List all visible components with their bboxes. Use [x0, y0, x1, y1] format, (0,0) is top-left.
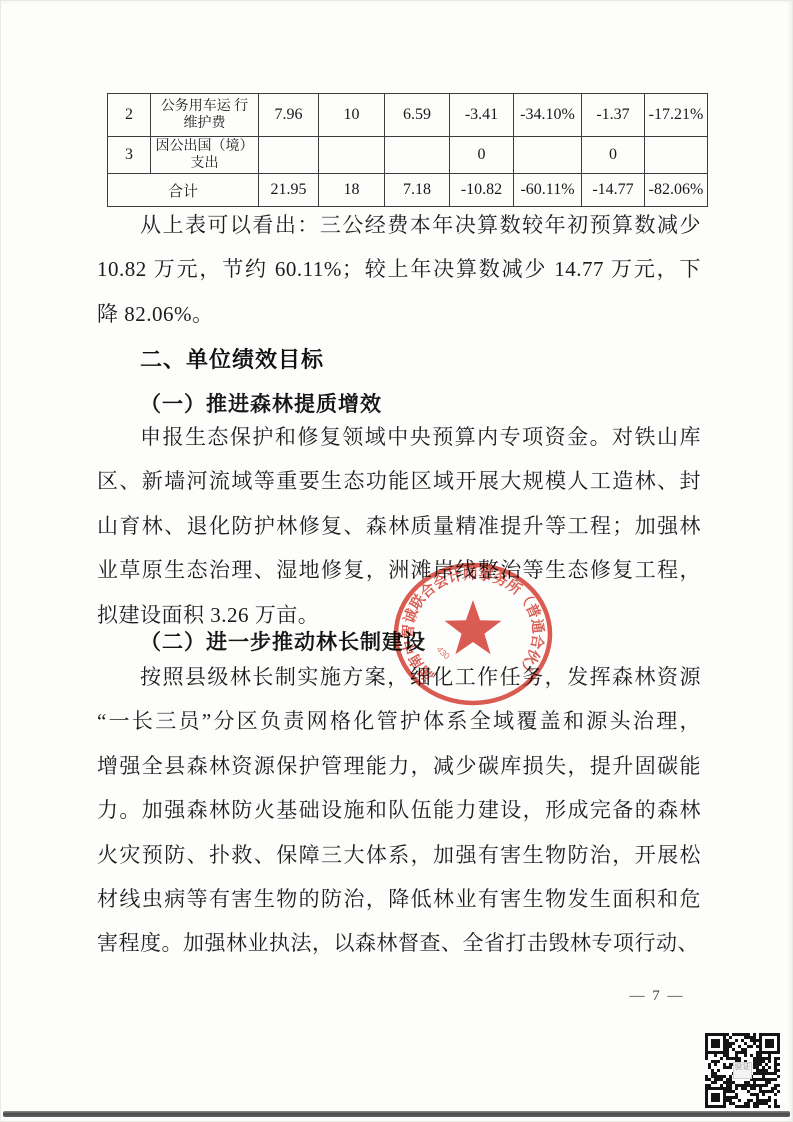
row-index: 2 — [108, 94, 151, 137]
table-cell: -60.11% — [514, 174, 582, 207]
table-cell — [514, 137, 582, 174]
table-cell — [319, 137, 385, 174]
table-cell: 6.59 — [385, 94, 450, 137]
text-line: 申报生态保护和修复领域中央预算内专项资金。对铁山库 — [97, 415, 701, 459]
table-cell: 0 — [450, 137, 514, 174]
expense-name-line1: 公务用车运 行 — [161, 99, 249, 114]
table-cell: -3.41 — [450, 94, 514, 137]
table-cell: -1.37 — [582, 94, 645, 137]
text-line: 业草原生态治理、湿地修复，洲滩岸线整治等生态修复工程， — [97, 548, 701, 592]
table-cell: -14.77 — [582, 174, 645, 207]
scan-edge-line — [3, 1111, 790, 1117]
expense-name-line2: 支出 — [191, 156, 219, 171]
text-line: 区、新墙河流域等重要生态功能区域开展大规模人工造林、封 — [97, 459, 701, 503]
table-cell: 21.95 — [259, 174, 319, 207]
text-line: 材线虫病等有害生物的防治，降低林业有害生物发生面积和危 — [97, 877, 701, 921]
qr-code: 验证 — [705, 1033, 780, 1108]
table-cell: 18 — [319, 174, 385, 207]
text-line: 山育林、退化防护林修复、森林质量精准提升等工程；加强林 — [97, 504, 701, 548]
table-row: 2 公务用车运 行 维护费 7.96 10 6.59 -3.41 -34.10%… — [108, 94, 708, 137]
text-line: 增强全县森林资源保护管理能力，减少碳库损失，提升固碳能 — [97, 744, 701, 788]
section-heading: 二、单位绩效目标 — [140, 343, 324, 374]
linzhang-paragraph: 按照县级林长制实施方案，细化工作任务，发挥森林资源 “一长三员”分区负责网格化管… — [97, 655, 701, 966]
table-cell — [259, 137, 319, 174]
table-cell: 0 — [582, 137, 645, 174]
total-label: 合计 — [108, 174, 259, 207]
text-line: 按照县级林长制实施方案，细化工作任务，发挥森林资源 — [97, 655, 701, 699]
table-cell: -10.82 — [450, 174, 514, 207]
qr-center-badge: 验证 — [733, 1062, 752, 1079]
table-cell: 10 — [319, 94, 385, 137]
text-line: “一长三员”分区负责网格化管护体系全域覆盖和源头治理， — [97, 699, 701, 743]
text-line: 力。加强森林防火基础设施和队伍能力建设，形成完备的森林 — [97, 788, 701, 832]
subsection-heading-1: （一）推进森林提质增效 — [140, 388, 382, 418]
expense-name: 因公出国（境） 支出 — [151, 137, 259, 174]
text-line: 10.82 万元，节约 60.11%；较上年决算数减少 14.77 万元，下 — [97, 247, 701, 291]
table-cell: -82.06% — [645, 174, 708, 207]
subsection-heading-2: （二）进一步推动林长制建设 — [140, 626, 426, 656]
text-line: 从上表可以看出：三公经费本年决算数较年初预算数减少 — [97, 203, 701, 247]
table-row: 3 因公出国（境） 支出 0 0 — [108, 137, 708, 174]
row-index: 3 — [108, 137, 151, 174]
expense-name-line2: 维护费 — [184, 116, 226, 131]
document-page: 2 公务用车运 行 维护费 7.96 10 6.59 -3.41 -34.10%… — [0, 0, 793, 1122]
expense-name-line1: 因公出国（境） — [156, 139, 254, 154]
three-public-expense-table: 2 公务用车运 行 维护费 7.96 10 6.59 -3.41 -34.10%… — [107, 93, 708, 207]
forest-paragraph: 申报生态保护和修复领域中央预算内专项资金。对铁山库 区、新墙河流域等重要生态功能… — [97, 415, 701, 637]
summary-paragraph: 从上表可以看出：三公经费本年决算数较年初预算数减少 10.82 万元，节约 60… — [97, 203, 701, 336]
table-cell — [645, 137, 708, 174]
text-line: 降 82.06%。 — [97, 292, 701, 336]
text-line: 火灾预防、扑救、保障三大体系，加强有害生物防治，开展松 — [97, 833, 701, 877]
table-cell — [385, 137, 450, 174]
table-cell: 7.18 — [385, 174, 450, 207]
table-cell: -17.21% — [645, 94, 708, 137]
expense-name: 公务用车运 行 维护费 — [151, 94, 259, 137]
table-total-row: 合计 21.95 18 7.18 -10.82 -60.11% -14.77 -… — [108, 174, 708, 207]
table-cell: 7.96 — [259, 94, 319, 137]
page-number: — 7 — — [617, 988, 697, 1005]
table-cell: -34.10% — [514, 94, 582, 137]
text-line: 害程度。加强林业执法，以森林督查、全省打击毁林专项行动、 — [97, 921, 701, 965]
